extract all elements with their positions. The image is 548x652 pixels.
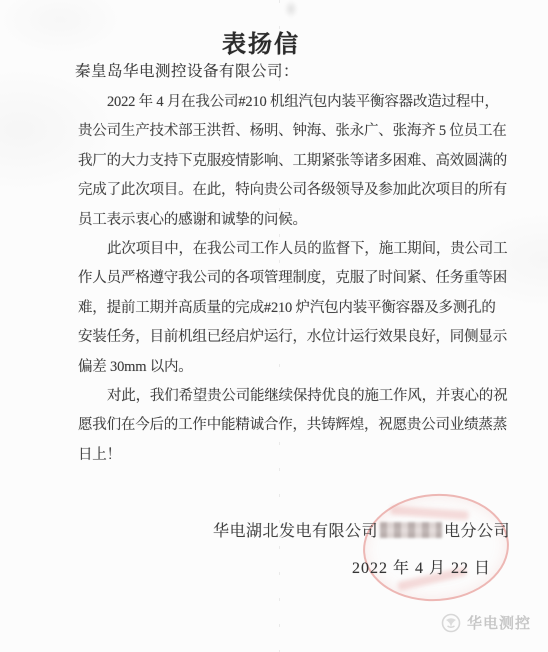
letter-line: 2022 年 4 月在我公司#210 机组汽包内装平衡容器改造过程中， <box>78 88 478 117</box>
letter-line: 日上！ <box>78 441 478 470</box>
letter-line: 此次项目中，在我公司工作人员的监督下，施工期间，贵公司工 <box>78 235 478 264</box>
letter-body: 2022 年 4 月在我公司#210 机组汽包内装平衡容器改造过程中， 贵公司生… <box>78 88 478 470</box>
company-seal-stamp <box>359 489 512 606</box>
letter-line: 难，提前工期并高质量的完成#210 炉汽包内装平衡容器及多测孔的 <box>78 294 478 323</box>
letter-title: 表扬信 <box>0 24 535 59</box>
watermark-text: 华电测控 <box>467 612 531 633</box>
letter-line: 完成了此次项目。在此，特向贵公司各级领导及参加此次项目的所有 <box>78 176 478 205</box>
signature-company-suffix: 电分公司 <box>444 523 510 540</box>
huadian-logo-icon <box>441 613 461 633</box>
letter-line: 对此，我们希望贵公司能继续保持优良的施工作风，并衷心的祝 <box>78 382 478 411</box>
signature-company-prefix: 华电湖北发电有限公司 <box>213 523 378 540</box>
letter-line: 愿我们在今后的工作中能精诚合作，共铸辉煌，祝愿贵公司业绩蒸蒸 <box>78 411 478 440</box>
watermark: 华电测控 <box>441 612 531 633</box>
letter-salutation: 秦皇岛华电测控设备有限公司： <box>75 59 299 81</box>
letter-line: 作人员严格遵守我公司的各项管理制度，克服了时间紧、任务重等困 <box>78 264 478 293</box>
signature-company: 华电湖北发电有限公司电分公司 <box>213 518 510 541</box>
letter-line: 偏差 30mm 以内。 <box>78 353 478 382</box>
redaction-blur-block <box>380 522 442 538</box>
letter-line: 我厂的大力支持下克服疫情影响、工期紧张等诸多困难、高效圆满的 <box>78 147 478 176</box>
scanned-letter-page: 表扬信 秦皇岛华电测控设备有限公司： 2022 年 4 月在我公司#210 机组… <box>0 0 548 652</box>
scan-smudge <box>284 0 298 18</box>
letter-line: 员工表示衷心的感谢和诚挚的问候。 <box>78 206 478 235</box>
letter-line: 贵公司生产技术部王洪哲、杨明、钟海、张永广、张海齐 5 位员工在 <box>78 117 478 146</box>
letter-line: 安装任务，目前机组已经启炉运行，水位计运行效果良好，同侧显示 <box>78 323 478 352</box>
signature-date: 2022 年 4 月 22 日 <box>352 555 491 578</box>
